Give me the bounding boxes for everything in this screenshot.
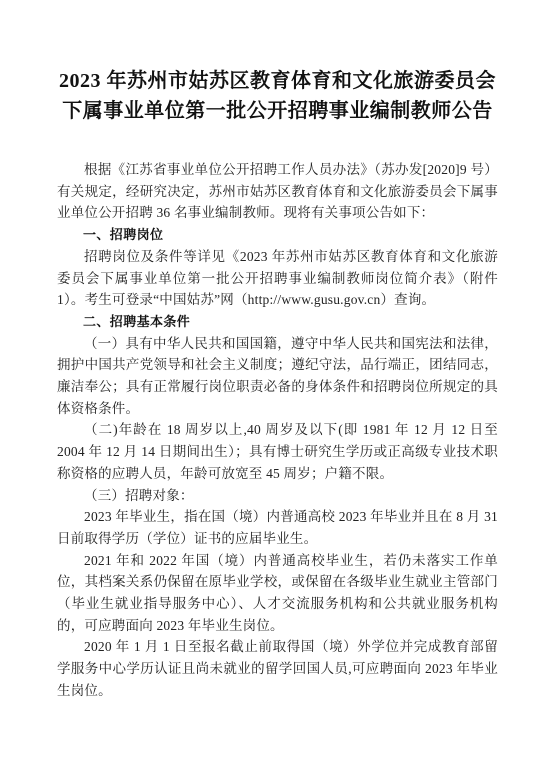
body-paragraph-condition-2: （二)年龄在 18 周岁以上,40 周岁及以下(即 1981 年 12 月 12…: [57, 419, 498, 484]
body-paragraph-intro: 根据《江苏省事业单位公开招聘工作人员办法》（苏办发[2020]9 号）有关规定，…: [57, 159, 498, 224]
body-paragraph-grads-2021-2022: 2021 年和 2022 年国（境）内普通高校毕业生，若仍未落实工作单位，其档案…: [57, 550, 498, 637]
body-paragraph-overseas-returnees: 2020 年 1 月 1 日至报名截止前取得国（境）外学位并完成教育部留学服务中…: [57, 636, 498, 701]
document-page: 2023 年苏州市姑苏区教育体育和文化旅游委员会 下属事业单位第一批公开招聘事业…: [0, 0, 554, 784]
section-heading-basic-conditions: 二、招聘基本条件: [57, 311, 498, 333]
body-paragraph-positions-detail: 招聘岗位及条件等详见《2023 年苏州市姑苏区教育体育和文化旅游委员会下属事业单…: [57, 246, 498, 311]
body-paragraph-condition-3-label: （三）招聘对象：: [57, 485, 498, 507]
body-paragraph-grads-2023: 2023 年毕业生，指在国（境）内普通高校 2023 年毕业并且在 8 月 31…: [57, 506, 498, 549]
section-heading-recruit-positions: 一、招聘岗位: [57, 224, 498, 246]
document-title-line-1: 2023 年苏州市姑苏区教育体育和文化旅游委员会: [57, 66, 498, 96]
body-paragraph-condition-1: （一）具有中华人民共和国国籍，遵守中华人民共和国宪法和法律，拥护中国共产党领导和…: [57, 333, 498, 420]
document-title: 2023 年苏州市姑苏区教育体育和文化旅游委员会 下属事业单位第一批公开招聘事业…: [57, 66, 498, 126]
document-title-line-2: 下属事业单位第一批公开招聘事业编制教师公告: [57, 96, 498, 126]
document-content: 2023 年苏州市姑苏区教育体育和文化旅游委员会 下属事业单位第一批公开招聘事业…: [57, 66, 498, 702]
